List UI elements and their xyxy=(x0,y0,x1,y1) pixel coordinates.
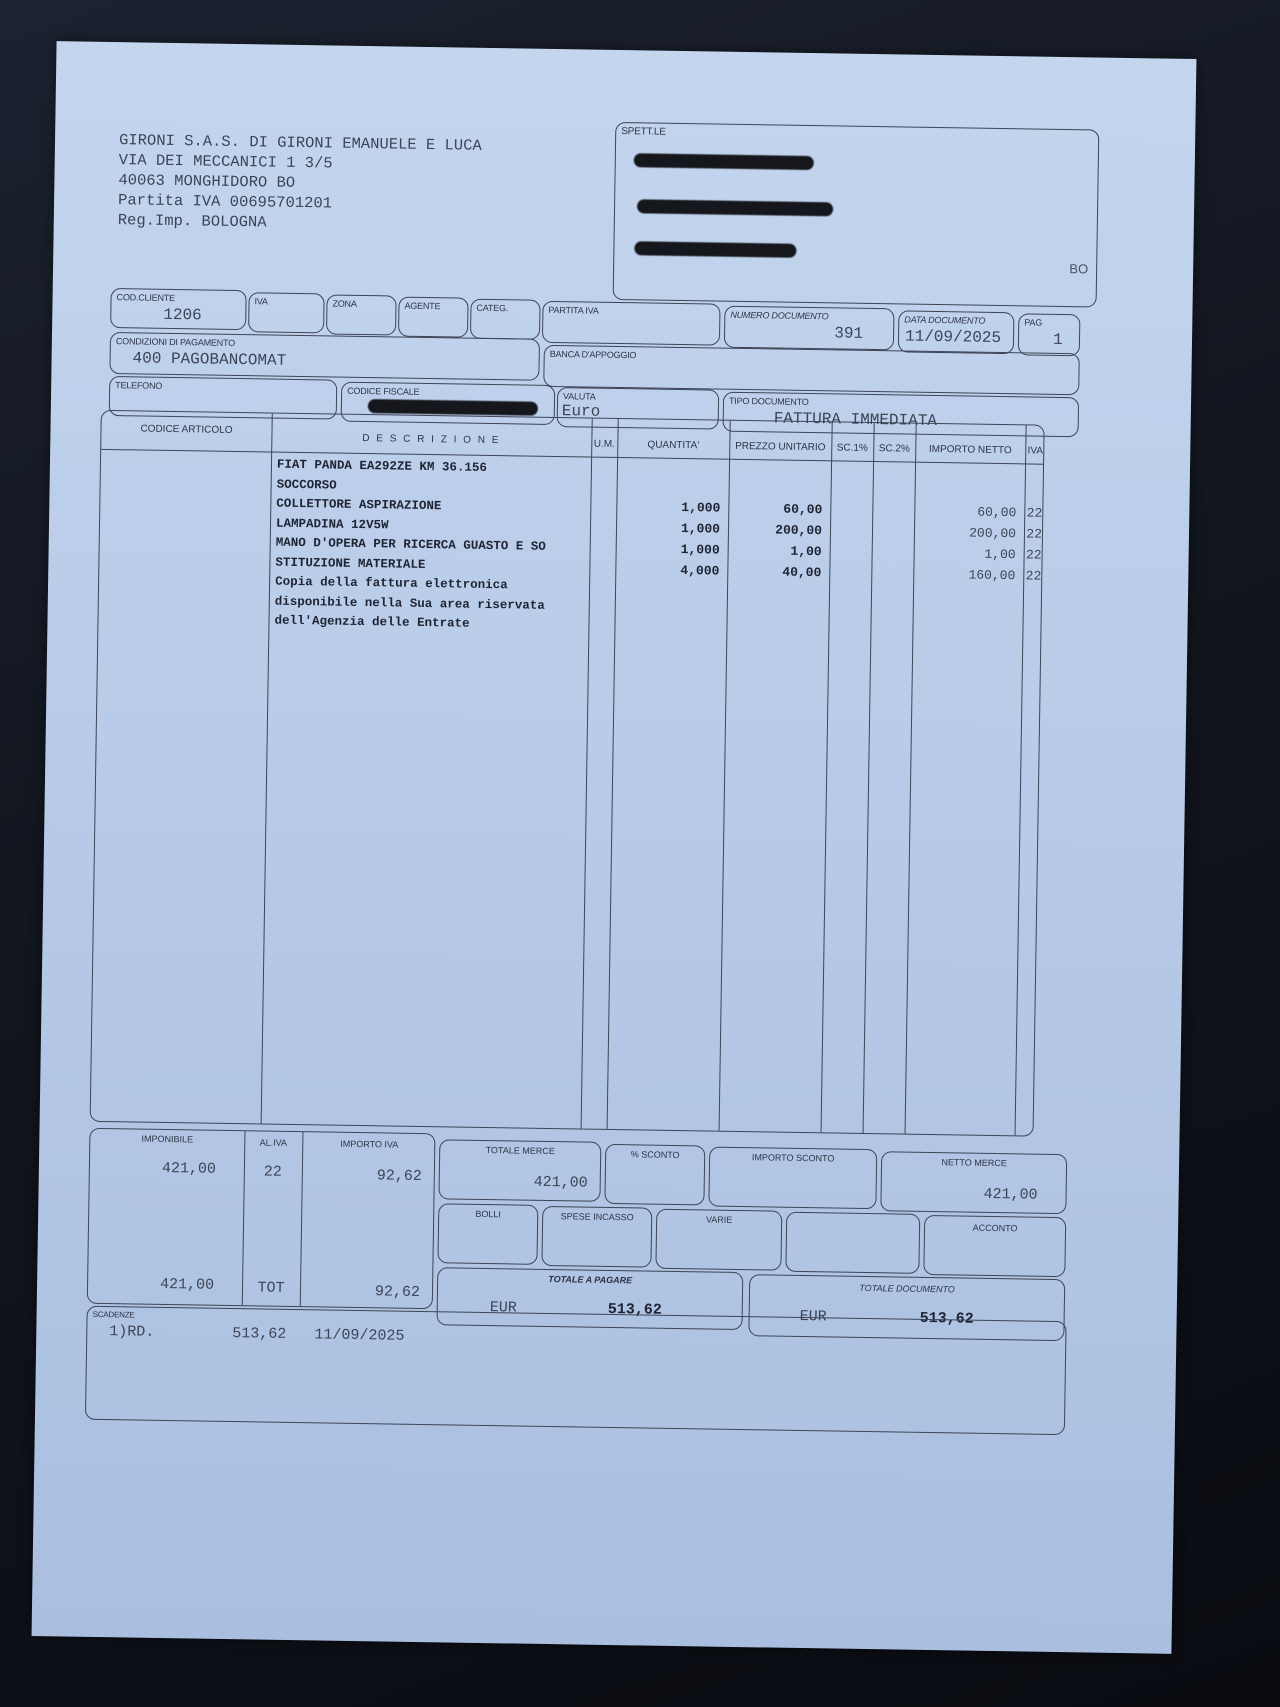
data-documento-value: 11/09/2025 xyxy=(905,328,1001,348)
redaction-mark xyxy=(637,199,833,216)
col-header-descrizione: D E S C R I Z I O N E xyxy=(271,432,591,448)
field-pag: PAG 1 xyxy=(1018,313,1081,356)
redaction-mark xyxy=(634,241,796,258)
items-table: CODICE ARTICOLO D E S C R I Z I O N E U.… xyxy=(90,410,1045,1137)
col-header-importo: IMPORTO NETTO xyxy=(915,444,1025,457)
field-zona: ZONA xyxy=(326,294,397,335)
col-header-codice: CODICE ARTICOLO xyxy=(101,423,271,437)
netto-merce-value: 421,00 xyxy=(983,1186,1037,1204)
field-importo-sconto: IMPORTO SCONTO xyxy=(708,1147,877,1210)
aliquota-total: TOT xyxy=(242,1279,300,1297)
field-numero-documento: NUMERO DOCUMENTO 391 xyxy=(724,306,895,351)
pag-value: 1 xyxy=(1053,331,1063,349)
col-header-prezzo: PREZZO UNITARIO xyxy=(729,441,831,454)
recipient-label: SPETT.LE xyxy=(621,126,666,138)
importo-iva-value: 92,62 xyxy=(302,1166,422,1185)
field-iva: IVA xyxy=(248,292,325,333)
field-categ: CATEG. xyxy=(470,299,541,340)
field-totale-merce: TOTALE MERCE 421,00 xyxy=(438,1139,601,1202)
field-netto-merce: NETTO MERCE 421,00 xyxy=(880,1151,1067,1214)
description-text: FIAT PANDA EA292ZE KM 36.156 SOCCORSO CO… xyxy=(274,456,547,636)
sender-block: GIRONI S.A.S. DI GIRONI EMANUELE E LUCA … xyxy=(118,130,482,236)
redaction-mark xyxy=(634,153,814,170)
scadenza-entry: 1)RD. 513,62 11/09/2025 xyxy=(109,1323,404,1345)
field-varie: VARIE xyxy=(655,1209,782,1271)
field-sconto-pct: % SCONTO xyxy=(604,1144,705,1206)
condizioni-pagamento-value: 400 PAGOBANCOMAT xyxy=(132,349,286,369)
invoice-paper: GIRONI S.A.S. DI GIRONI EMANUELE E LUCA … xyxy=(32,41,1197,1654)
importo-iva-total: 92,62 xyxy=(300,1282,420,1301)
field-agente: AGENTE xyxy=(398,297,469,338)
field-cod-cliente: COD.CLIENTE 1206 xyxy=(110,288,247,330)
vat-summary: IMPONIBILE AL.IVA IMPORTO IVA 421,00 22 … xyxy=(87,1128,436,1309)
field-bolli: BOLLI xyxy=(437,1203,538,1265)
col-header-iva: IVA xyxy=(1025,445,1045,456)
numero-documento-value: 391 xyxy=(834,324,863,342)
totale-merce-value: 421,00 xyxy=(534,1174,588,1192)
recipient-province: BO xyxy=(1069,261,1088,276)
cod-cliente-value: 1206 xyxy=(163,306,202,325)
field-blank xyxy=(785,1212,920,1274)
col-header-um: U.M. xyxy=(591,439,617,450)
field-partita-iva: PARTITA IVA xyxy=(542,301,721,346)
field-acconto: ACCONTO xyxy=(923,1215,1066,1277)
field-data-documento: DATA DOCUMENTO 11/09/2025 xyxy=(898,310,1015,354)
col-header-quantita: QUANTITA' xyxy=(617,439,729,452)
redaction-mark xyxy=(368,399,538,416)
field-spese-incasso: SPESE INCASSO xyxy=(541,1206,652,1268)
imponibile-value: 421,00 xyxy=(90,1159,216,1178)
col-header-sc2: SC.2% xyxy=(873,443,915,455)
aliquota-value: 22 xyxy=(244,1163,302,1181)
col-header-sc1: SC.1% xyxy=(831,442,873,454)
scadenze-box: SCADENZE 1)RD. 513,62 11/09/2025 xyxy=(85,1306,1067,1435)
field-condizioni-pagamento: CONDIZIONI DI PAGAMENTO 400 PAGOBANCOMAT xyxy=(109,332,540,381)
imponibile-total: 421,00 xyxy=(88,1275,214,1294)
recipient-box: SPETT.LE BO xyxy=(613,122,1100,308)
scadenze-label: SCADENZE xyxy=(93,1310,135,1320)
